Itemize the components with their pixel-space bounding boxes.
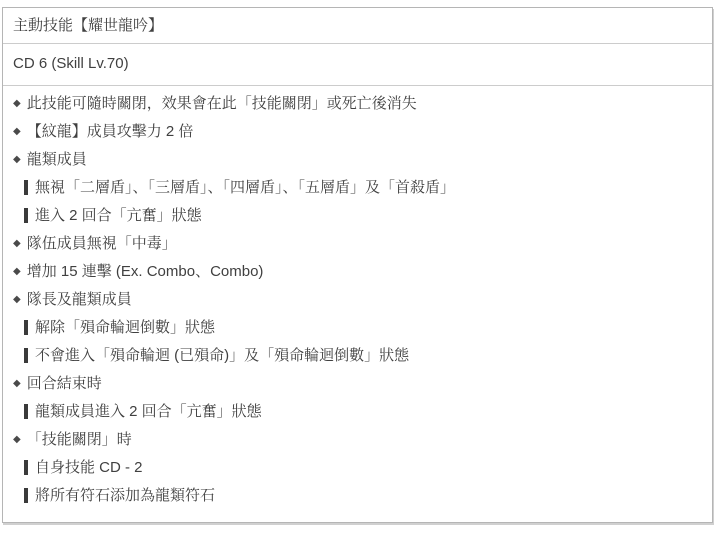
effect-subline: 自身技能 CD - 2 [24,453,702,481]
bar-bullet-icon [24,348,28,363]
effect-line: ◆「技能關閉」時 [13,425,702,453]
effect-line: ◆隊伍成員無視「中毒」 [13,229,702,257]
skill-cooldown-row: CD 6 (Skill Lv.70) [3,44,712,86]
effect-subline: 龍類成員進入 2 回合「亢奮」狀態 [24,397,702,425]
effect-subline: 不會進入「殞命輪迴 (已殞命)」及「殞命輪迴倒數」狀態 [24,341,702,369]
effect-text: 進入 2 回合「亢奮」狀態 [35,207,202,224]
diamond-bullet-icon: ◆ [13,263,21,280]
effect-text: 龍類成員 [27,151,87,168]
effect-line: ◆龍類成員 [13,145,702,173]
effect-subline: 解除「殞命輪迴倒數」狀態 [24,313,702,341]
effect-line: ◆回合結束時 [13,369,702,397]
diamond-bullet-icon: ◆ [13,151,21,168]
effect-text: 「技能關閉」時 [27,431,132,448]
effect-subline: 將所有符石添加為龍類符石 [24,481,702,509]
bar-bullet-icon [24,460,28,475]
effect-text: 【紋龍】成員攻擊力 2 倍 [27,123,194,140]
effect-text: 不會進入「殞命輪迴 (已殞命)」及「殞命輪迴倒數」狀態 [35,347,409,364]
effect-text: 增加 15 連擊 (Ex. Combo、Combo) [27,263,264,280]
effect-text: 回合結束時 [27,375,102,392]
effect-line: ◆此技能可隨時關閉，效果會在此「技能關閉」或死亡後消失 [13,89,702,117]
bar-bullet-icon [24,404,28,419]
skill-description-table: 主動技能【耀世龍吟】 CD 6 (Skill Lv.70) ◆此技能可隨時關閉，… [2,7,713,523]
diamond-bullet-icon: ◆ [13,375,21,392]
skill-cooldown: CD 6 (Skill Lv.70) [13,55,129,72]
diamond-bullet-icon: ◆ [13,235,21,252]
effect-subline: 進入 2 回合「亢奮」狀態 [24,201,702,229]
effect-line: ◆【紋龍】成員攻擊力 2 倍 [13,117,702,145]
effect-text: 隊伍成員無視「中毒」 [27,235,177,252]
skill-title: 主動技能【耀世龍吟】 [13,17,163,34]
diamond-bullet-icon: ◆ [13,123,21,140]
effect-text: 龍類成員進入 2 回合「亢奮」狀態 [35,403,262,420]
bar-bullet-icon [24,180,28,195]
effect-text: 將所有符石添加為龍類符石 [35,487,215,504]
effect-subline: 無視「二層盾」、「三層盾」、「四層盾」、「五層盾」及「首殺盾」 [24,173,702,201]
effect-text: 此技能可隨時關閉，效果會在此「技能關閉」或死亡後消失 [27,95,417,112]
effect-text: 自身技能 CD - 2 [35,459,143,476]
effect-line: ◆增加 15 連擊 (Ex. Combo、Combo) [13,257,702,285]
effect-text: 解除「殞命輪迴倒數」狀態 [35,319,215,336]
bar-bullet-icon [24,320,28,335]
skill-title-row: 主動技能【耀世龍吟】 [3,8,712,44]
diamond-bullet-icon: ◆ [13,291,21,308]
diamond-bullet-icon: ◆ [13,431,21,448]
effect-text: 無視「二層盾」、「三層盾」、「四層盾」、「五層盾」及「首殺盾」 [35,179,455,196]
page: 主動技能【耀世龍吟】 CD 6 (Skill Lv.70) ◆此技能可隨時關閉，… [0,0,721,533]
effect-text: 隊長及龍類成員 [27,291,132,308]
bar-bullet-icon [24,208,28,223]
bar-bullet-icon [24,488,28,503]
skill-effects-list: ◆此技能可隨時關閉，效果會在此「技能關閉」或死亡後消失◆【紋龍】成員攻擊力 2 … [3,86,712,522]
diamond-bullet-icon: ◆ [13,95,21,112]
effect-line: ◆隊長及龍類成員 [13,285,702,313]
